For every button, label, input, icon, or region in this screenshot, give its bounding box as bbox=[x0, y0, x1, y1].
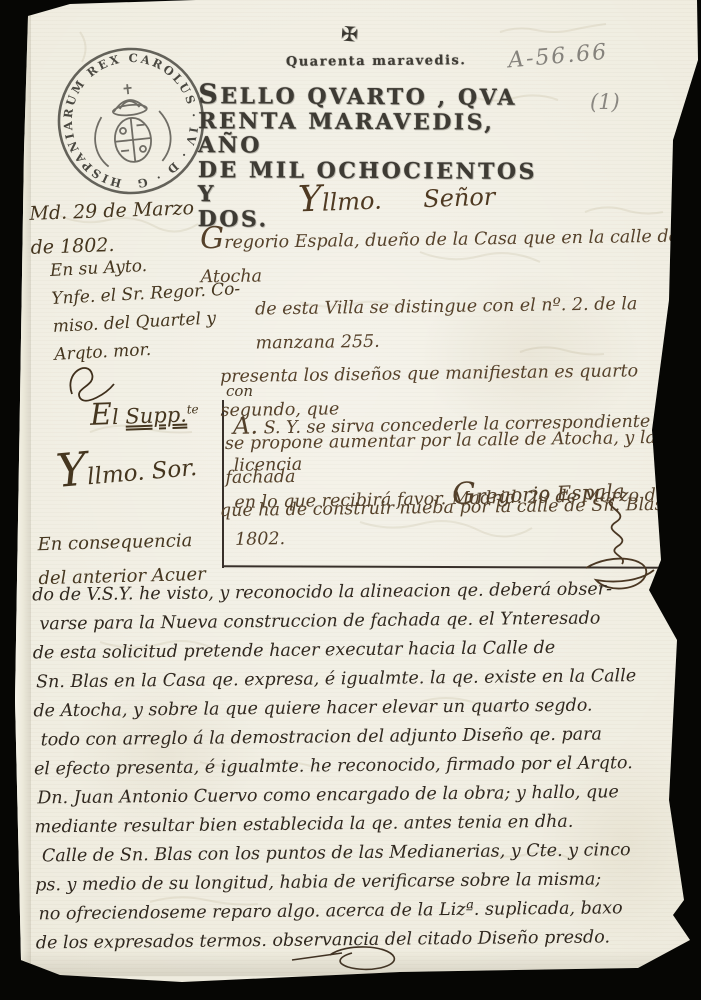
svg-text:HISPANIARUM REX: HISPANIARUM REX bbox=[54, 52, 136, 196]
manuscript-line: Md. 29 de Marzo bbox=[29, 191, 195, 231]
manuscript-line: Gregorio Espala, dueño de la Casa que en… bbox=[200, 216, 683, 295]
margin-yllmo-sor: Yllmo. Sor. bbox=[54, 432, 199, 498]
manuscript-word: Supp. bbox=[125, 403, 187, 429]
salutation: Yllmo. Señor bbox=[297, 173, 495, 221]
manuscript-line: de esta Villa se distingue con el nº. 2.… bbox=[255, 288, 684, 361]
margin-suplicante: El Supp.te bbox=[89, 394, 199, 433]
maravedis-overprint: Quarenta maravedis. bbox=[286, 53, 466, 70]
pencil-folio-number: (1) bbox=[590, 90, 620, 114]
tax-stamp-line: SELLO QVARTO , QVA bbox=[198, 83, 543, 110]
manuscript-line: En consequencia bbox=[37, 524, 205, 562]
pencil-archive-reference: A-56.66 bbox=[507, 40, 609, 74]
manuscript-word: El bbox=[90, 405, 126, 430]
tax-stamp-line: RENTA MARAVEDIS, AÑO bbox=[198, 109, 543, 160]
royal-seal: CAROLUS · IV · D · G HISPANIARUM REX bbox=[44, 34, 218, 208]
cross-stamp-icon: ✠ bbox=[340, 21, 358, 46]
seal-legend-left: HISPANIARUM REX bbox=[54, 52, 136, 196]
seal-crown-icon bbox=[110, 82, 147, 116]
page-bottom-shadow bbox=[22, 950, 677, 976]
scan-background: ✠ Quarenta maravedis. A-56.66 (1) CAROLU… bbox=[0, 0, 701, 1000]
seal-shield-icon bbox=[93, 110, 173, 168]
page-fold-edge bbox=[13, 8, 31, 966]
document-page: ✠ Quarenta maravedis. A-56.66 (1) CAROLU… bbox=[0, 0, 701, 1000]
report-paragraph: do de V.S.Y. he visto, y reconocido la a… bbox=[32, 575, 688, 959]
